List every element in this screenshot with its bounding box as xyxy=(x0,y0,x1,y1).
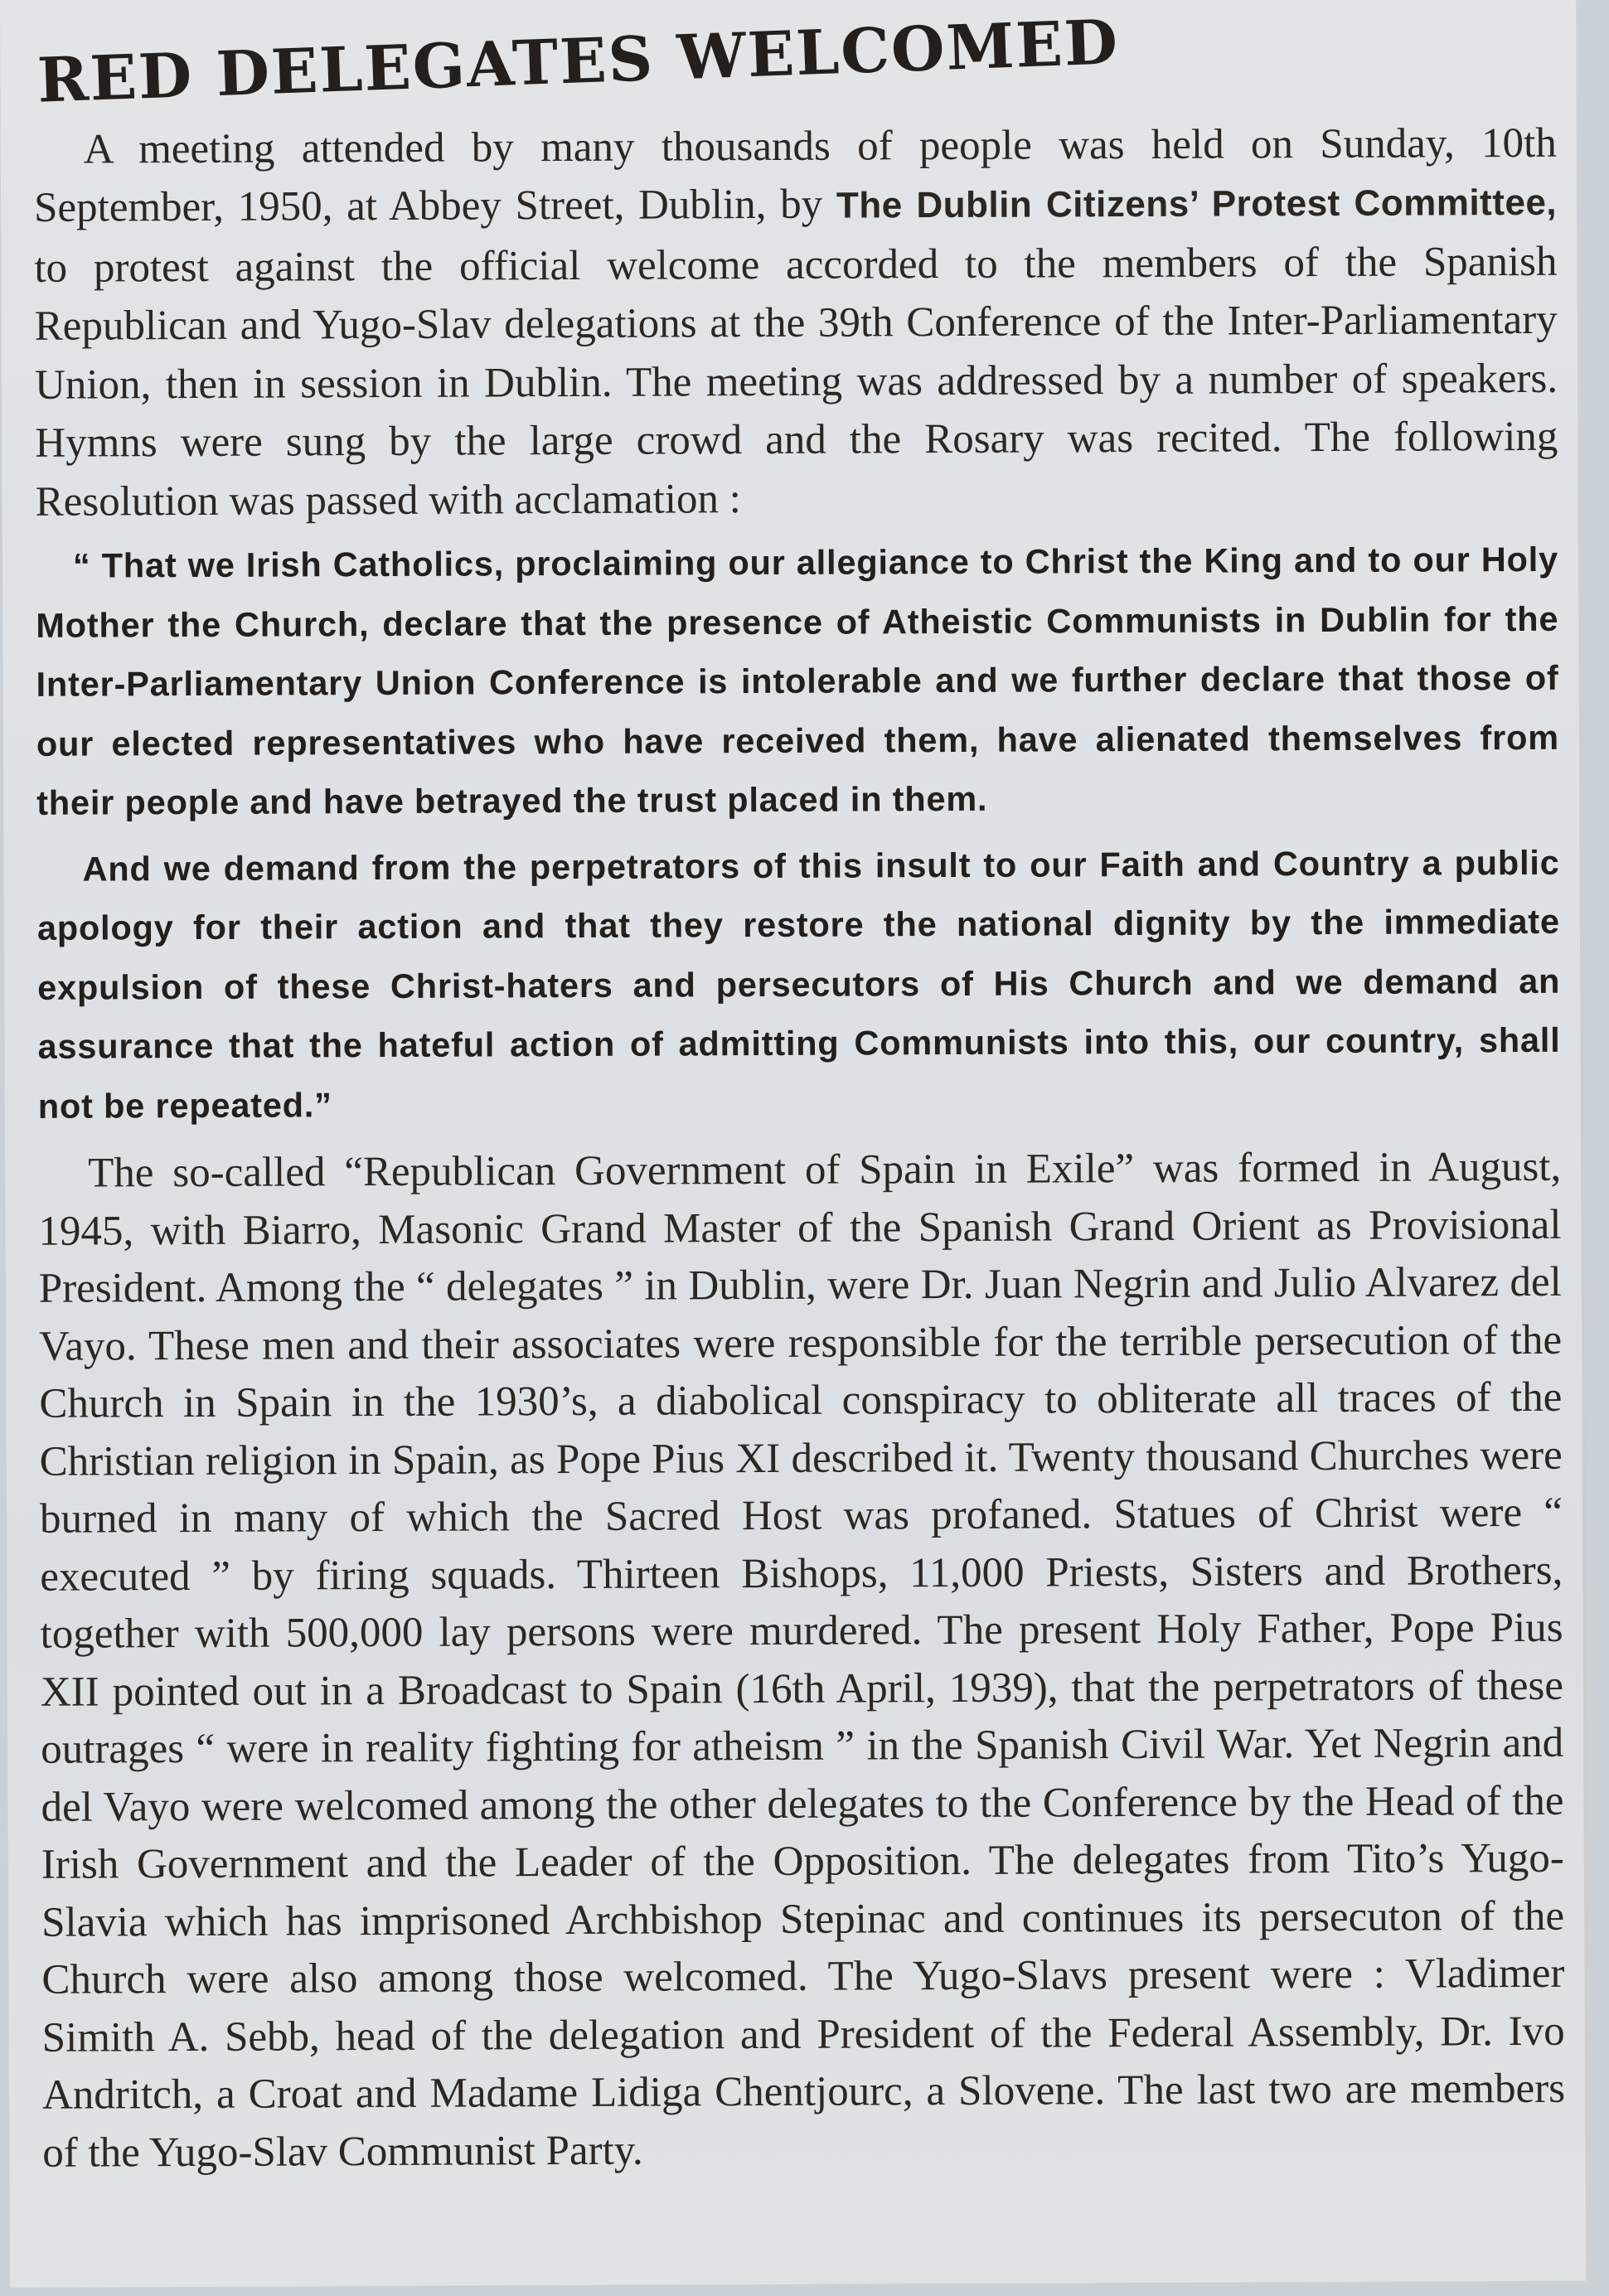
document-page: RED DELEGATES WELCOMED A meeting attende… xyxy=(0,0,1589,2288)
intro-paragraph: A meeting attended by many thousands of … xyxy=(34,114,1558,531)
organisation-name: The Dublin Citizens’ Protest Committee, xyxy=(836,182,1557,226)
intro-text-after: to protest against the official welcome … xyxy=(34,238,1558,525)
resolution-paragraph-1: “ That we Irish Catholics, proclaiming o… xyxy=(36,530,1560,833)
headline: RED DELEGATES WELCOMED xyxy=(36,0,1556,114)
resolution-paragraph-2: And we demand from the perpetrators of t… xyxy=(36,832,1561,1136)
body-paragraph: The so-called “Republican Government of … xyxy=(38,1139,1565,2182)
